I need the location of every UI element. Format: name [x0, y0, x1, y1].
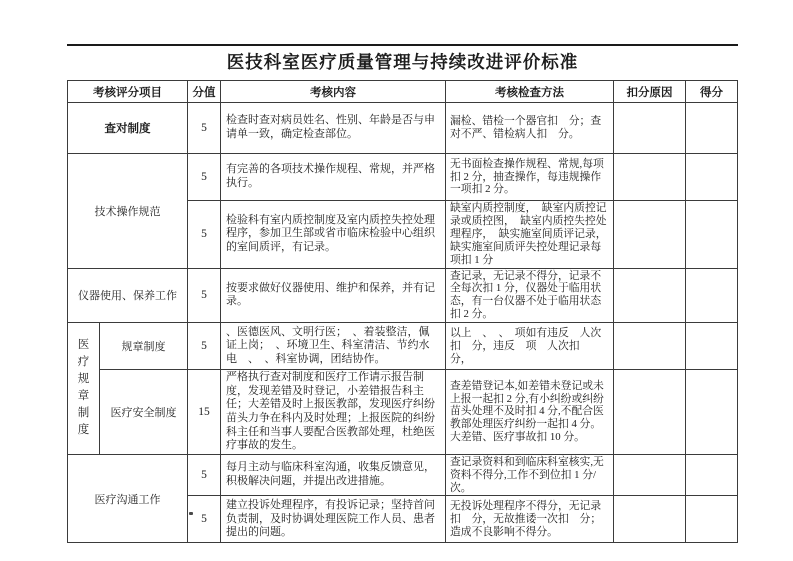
header-method: 考核检查方法 — [446, 81, 614, 103]
score-value: 5 — [188, 323, 221, 370]
score-value: 5 — [188, 201, 221, 269]
deduction-reason-cell — [614, 323, 686, 370]
row-label-equipment-maintenance: 仪器使用、保养工作 — [68, 268, 188, 323]
document-page: 医技科室医疗质量管理与持续改进评价标准 考核评分项目 分值 考核内容 考核检查方… — [0, 0, 793, 561]
check-method: 缺室内质控制度， 缺室内质控记录或质控图， 缺室内质控失控处理程序， 缺实施室间… — [446, 201, 614, 269]
deduction-reason-cell — [614, 268, 686, 323]
score-value: 5 — [188, 154, 221, 201]
evaluation-table: 考核评分项目 分值 考核内容 考核检查方法 扣分原因 得分 查对制度 5 检查时… — [67, 80, 738, 543]
check-method: 无书面检查操作规程、常规,每项扣 2 分，抽查操作，每违规操作一项扣 2 分。 — [446, 154, 614, 201]
header-content: 考核内容 — [221, 81, 446, 103]
row-label-technical-procedures: 技术操作规范 — [68, 154, 188, 269]
assessment-content: 建立投诉处理程序，有投诉记录；坚持首问负责制，及时协调处理医院工作人员、患者提出… — [221, 496, 446, 543]
table-row: 仪器使用、保养工作 5 按要求做好仪器使用、维护和保养，并有记录。 查记录，无记… — [68, 268, 738, 323]
deduction-reason-cell — [614, 496, 686, 543]
row-label-medical-safety: 医疗安全制度 — [100, 370, 188, 455]
deduction-reason-cell — [614, 201, 686, 269]
score-value: 5 — [188, 496, 221, 543]
check-method: 查差错登记本,如差错未登记或未上报一起扣 2 分,有小纠纷或纠纷苗头处理不及时扣… — [446, 370, 614, 455]
header-score: 分值 — [188, 81, 221, 103]
assessment-content: 、医德医风、文明行医； 、着装整洁，佩证上岗； 、环境卫生、科室清洁、节约水电 … — [221, 323, 446, 370]
group-label-medical-regulations: 医疗规章制度 — [68, 323, 100, 455]
row-label-rules: 规章制度 — [100, 323, 188, 370]
assessment-content: 每月主动与临床科室沟通，收集反馈意见，积极解决问题，并提出改进措施。 — [221, 454, 446, 496]
score-value: 5 — [188, 454, 221, 496]
deduction-reason-cell — [614, 103, 686, 154]
gain-cell — [686, 496, 738, 543]
table-row: 查对制度 5 检查时查对病员姓名、性别、年龄是否与申请单一致，确定检查部位。 漏… — [68, 103, 738, 154]
gain-cell — [686, 154, 738, 201]
check-method: 漏检、错检一个器官扣 分；查对不严、错检病人扣 分。 — [446, 103, 614, 154]
gain-cell — [686, 323, 738, 370]
check-method: 无投诉处理程序不得分，无记录扣 分，无故推诿一次扣 分；造成不良影响不得分。 — [446, 496, 614, 543]
assessment-content: 检查时查对病员姓名、性别、年龄是否与申请单一致，确定检查部位。 — [221, 103, 446, 154]
score-value: 15 — [188, 370, 221, 455]
assessment-content: 有完善的各项技术操作规程、常规，并严格执行。 — [221, 154, 446, 201]
header-rule — [67, 44, 738, 46]
score-value: 5 — [188, 268, 221, 323]
page-title: 医技科室医疗质量管理与持续改进评价标准 — [67, 49, 738, 74]
assessment-content: 按要求做好仪器使用、维护和保养，并有记录。 — [221, 268, 446, 323]
table-row: 医疗沟通工作 5 每月主动与临床科室沟通，收集反馈意见，积极解决问题，并提出改进… — [68, 454, 738, 496]
table-row: 技术操作规范 5 有完善的各项技术操作规程、常规，并严格执行。 无书面检查操作规… — [68, 154, 738, 201]
row-label-medical-communication: 医疗沟通工作 — [68, 454, 188, 543]
table-header-row: 考核评分项目 分值 考核内容 考核检查方法 扣分原因 得分 — [68, 81, 738, 103]
table-row: 医疗安全制度 15 严格执行查对制度和医疗工作请示报告制度，发现差错及时登记，小… — [68, 370, 738, 455]
check-method: 查记录资料和到临床科室核实,无资料不得分,工作不到位扣 1 分/次。 — [446, 454, 614, 496]
check-method: 查记录，无记录不得分，记录不全每次扣 1 分，仪器处于临用状态，有一台仪器不处于… — [446, 268, 614, 323]
row-label-check-system: 查对制度 — [68, 103, 188, 154]
stray-ink-mark — [189, 512, 193, 515]
header-item: 考核评分项目 — [68, 81, 188, 103]
table-row: 医疗规章制度 规章制度 5 、医德医风、文明行医； 、着装整洁，佩证上岗； 、环… — [68, 323, 738, 370]
gain-cell — [686, 103, 738, 154]
header-gain: 得分 — [686, 81, 738, 103]
score-value: 5 — [188, 103, 221, 154]
gain-cell — [686, 454, 738, 496]
gain-cell — [686, 201, 738, 269]
assessment-content: 严格执行查对制度和医疗工作请示报告制度，发现差错及时登记，小差错报告科主任；大差… — [221, 370, 446, 455]
check-method: 以上 、 、 项如有违反 人次扣 分，违反 项 人次扣 分， — [446, 323, 614, 370]
assessment-content: 检验科有室内质控制度及室内质控失控处理程序，参加卫生部或省市临床检验中心组织的室… — [221, 201, 446, 269]
deduction-reason-cell — [614, 154, 686, 201]
gain-cell — [686, 370, 738, 455]
deduction-reason-cell — [614, 454, 686, 496]
deduction-reason-cell — [614, 370, 686, 455]
header-deduction: 扣分原因 — [614, 81, 686, 103]
gain-cell — [686, 268, 738, 323]
